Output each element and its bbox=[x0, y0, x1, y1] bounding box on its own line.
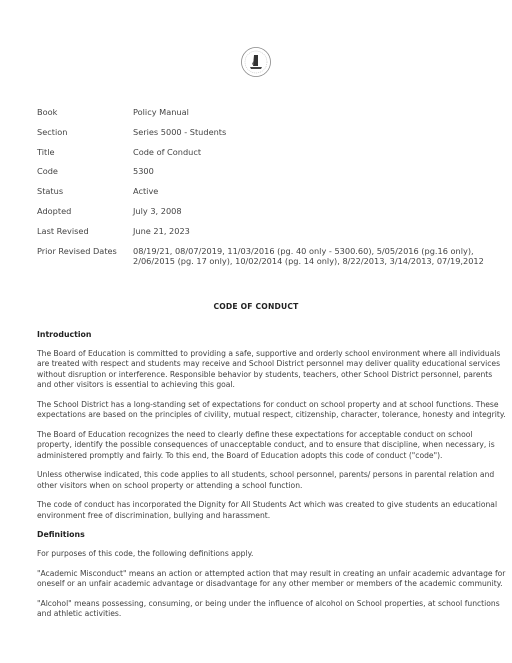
meta-value: June 21, 2023 bbox=[133, 226, 497, 237]
paragraph: For purposes of this code, the following… bbox=[37, 549, 507, 559]
district-seal-icon bbox=[240, 46, 272, 78]
paragraph: The School District has a long-standing … bbox=[37, 400, 507, 421]
document-body: Introduction The Board of Education is c… bbox=[37, 330, 507, 629]
meta-row-last-revised: Last Revised June 21, 2023 bbox=[37, 226, 497, 237]
meta-value: Policy Manual bbox=[133, 107, 497, 118]
meta-label: Book bbox=[37, 107, 133, 118]
meta-row-adopted: Adopted July 3, 2008 bbox=[37, 206, 497, 217]
meta-label: Status bbox=[37, 186, 133, 197]
meta-value: July 3, 2008 bbox=[133, 206, 497, 217]
policy-metadata: Book Policy Manual Section Series 5000 -… bbox=[37, 107, 497, 276]
meta-label: Adopted bbox=[37, 206, 133, 217]
paragraph: "Academic Misconduct" means an action or… bbox=[37, 569, 507, 590]
meta-label: Code bbox=[37, 166, 133, 177]
section-heading-introduction: Introduction bbox=[37, 330, 507, 340]
paragraph: The Board of Education recognizes the ne… bbox=[37, 430, 507, 461]
meta-label: Last Revised bbox=[37, 226, 133, 237]
meta-label: Title bbox=[37, 147, 133, 158]
meta-value: Series 5000 - Students bbox=[133, 127, 497, 138]
meta-value: Code of Conduct bbox=[133, 147, 497, 158]
meta-row-book: Book Policy Manual bbox=[37, 107, 497, 118]
meta-row-prior-revised: Prior Revised Dates 08/19/21, 08/07/2019… bbox=[37, 246, 497, 267]
paragraph: Unless otherwise indicated, this code ap… bbox=[37, 470, 507, 491]
meta-row-section: Section Series 5000 - Students bbox=[37, 127, 497, 138]
document-title: CODE OF CONDUCT bbox=[0, 302, 512, 311]
meta-row-code: Code 5300 bbox=[37, 166, 497, 177]
meta-row-status: Status Active bbox=[37, 186, 497, 197]
meta-value: 08/19/21, 08/07/2019, 11/03/2016 (pg. 40… bbox=[133, 246, 497, 267]
section-heading-definitions: Definitions bbox=[37, 530, 507, 540]
meta-label: Section bbox=[37, 127, 133, 138]
meta-label: Prior Revised Dates bbox=[37, 246, 133, 267]
meta-value: 5300 bbox=[133, 166, 497, 177]
paragraph: The code of conduct has incorporated the… bbox=[37, 500, 507, 521]
paragraph: "Alcohol" means possessing, consuming, o… bbox=[37, 599, 507, 620]
paragraph: The Board of Education is committed to p… bbox=[37, 349, 507, 391]
meta-value: Active bbox=[133, 186, 497, 197]
meta-row-title: Title Code of Conduct bbox=[37, 147, 497, 158]
